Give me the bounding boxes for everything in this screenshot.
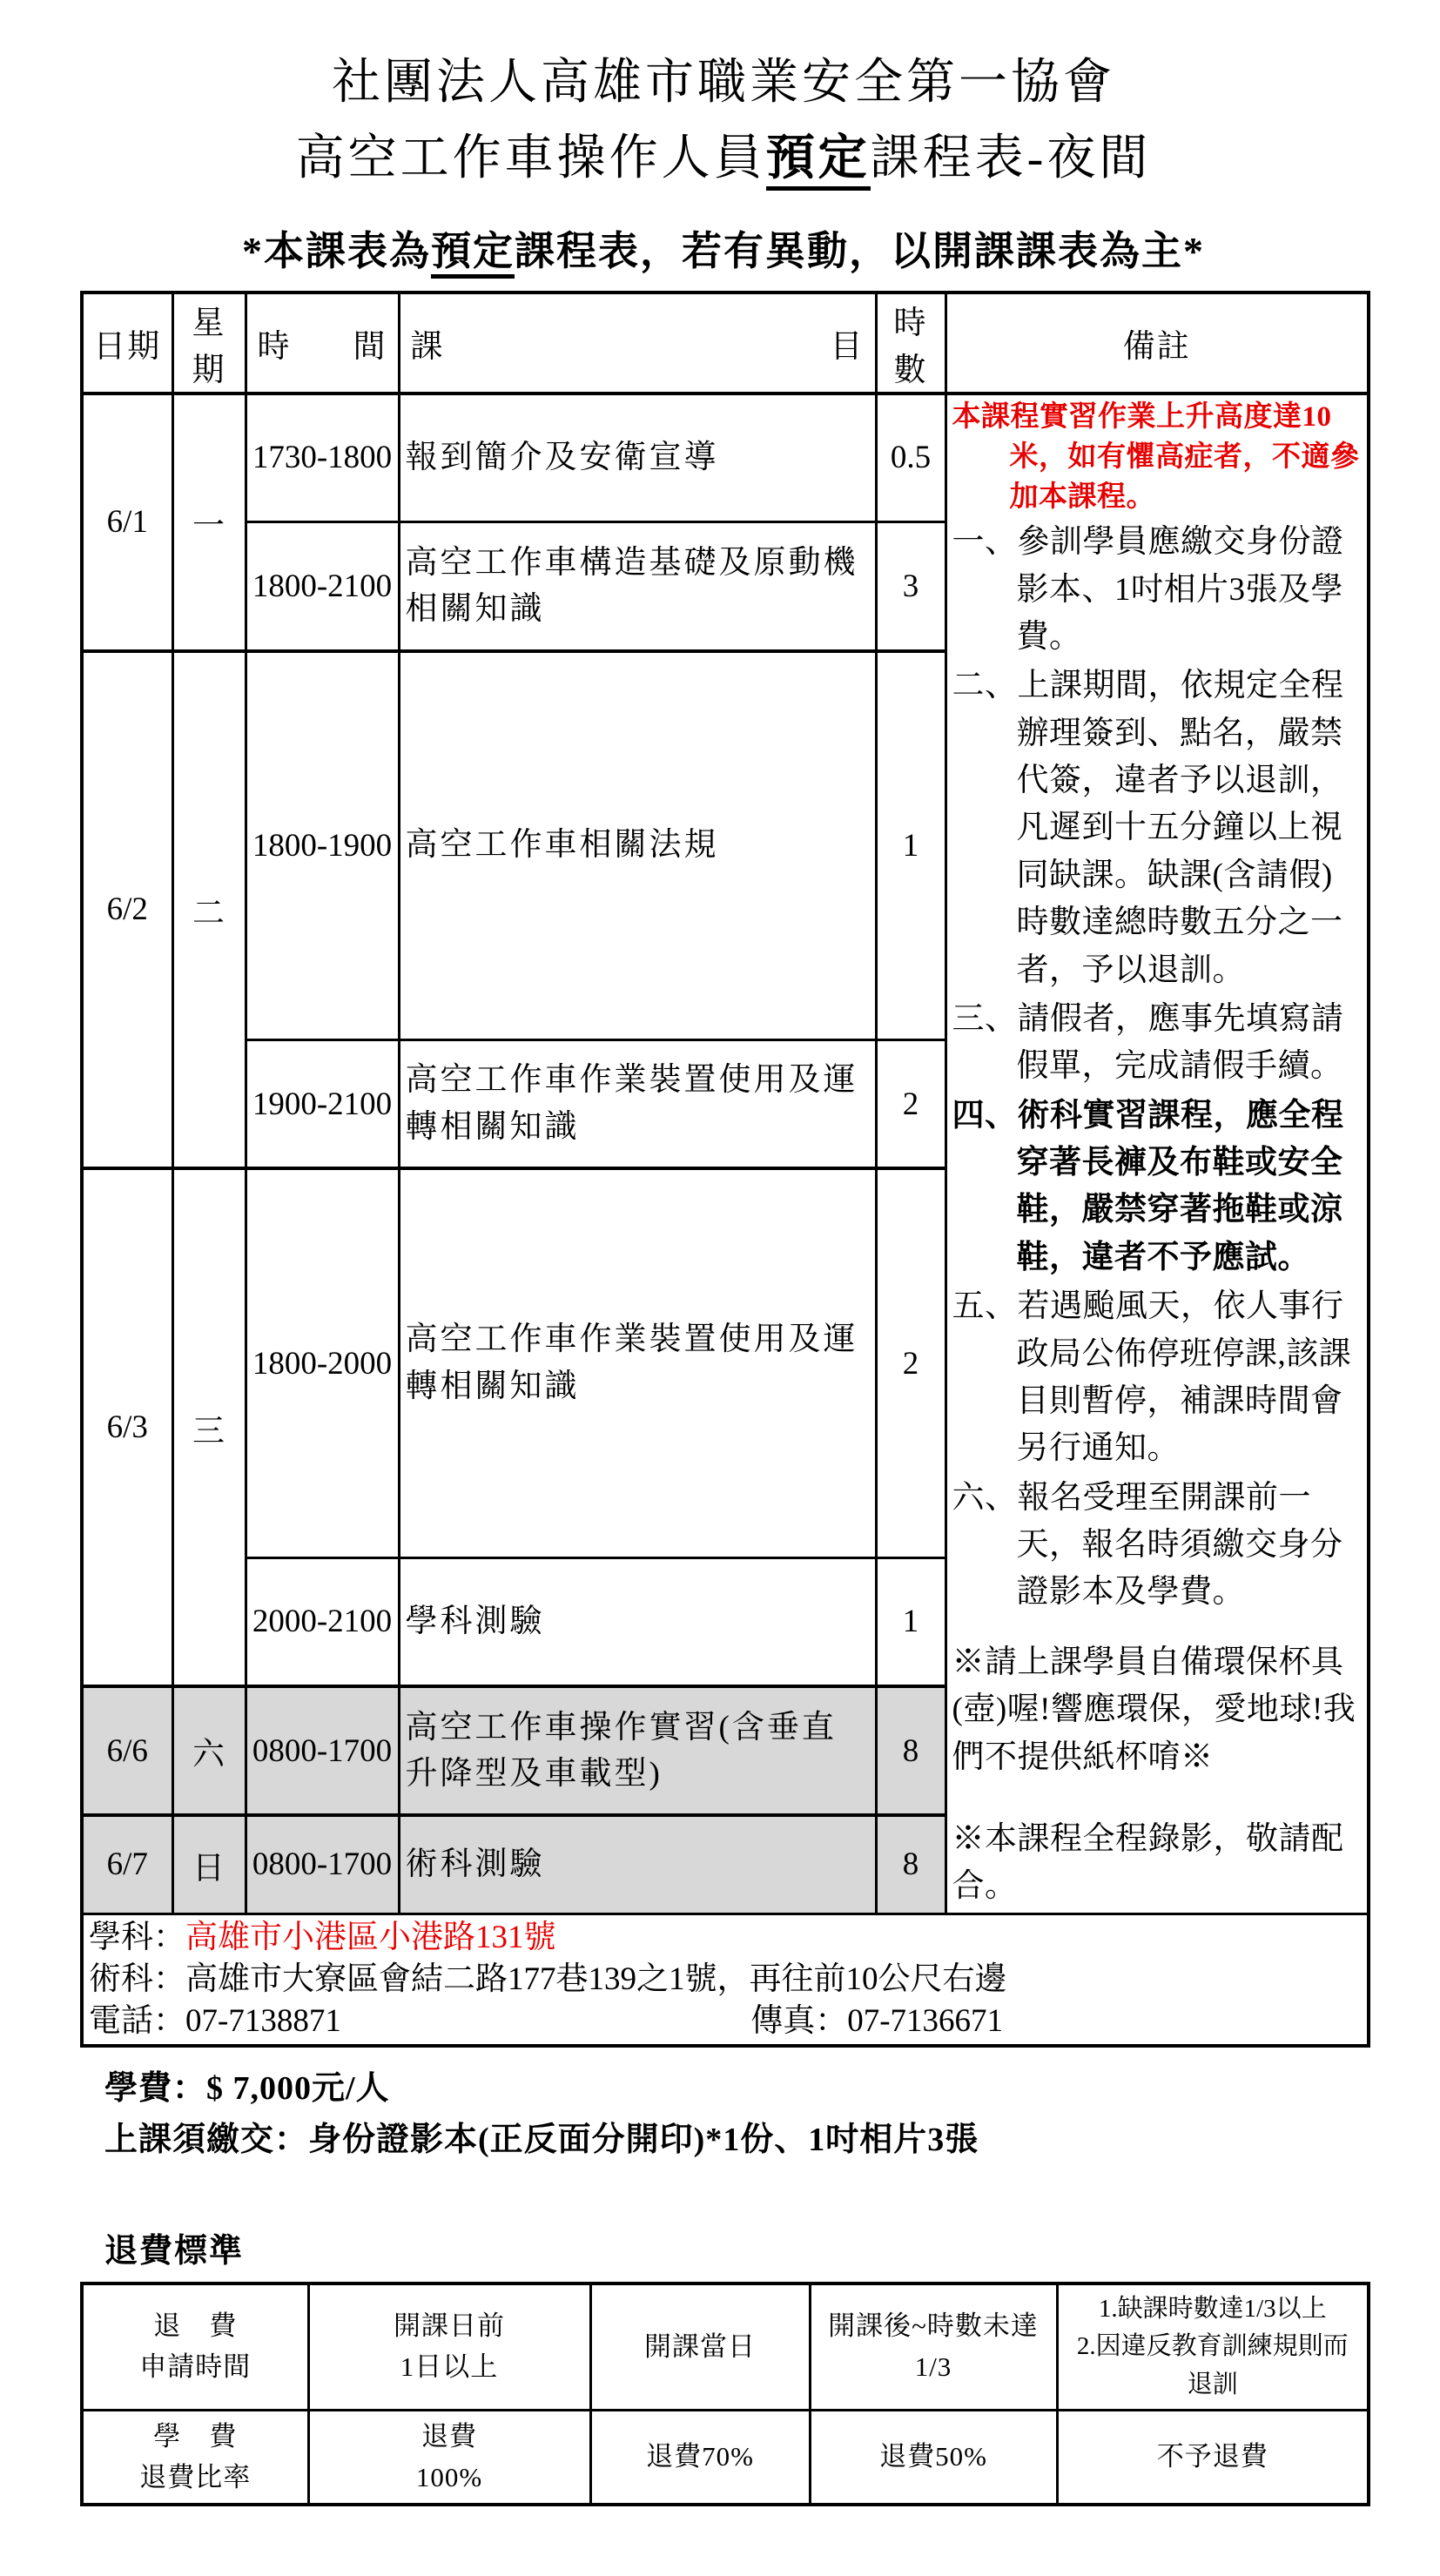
practical-address: 高雄市大寮區會結二路177巷139之1號，再往前10公尺右邊: [185, 1961, 1007, 1997]
weekday-cell: 日: [172, 1815, 246, 1914]
weekday-cell: 一: [172, 393, 246, 651]
fee-block: 學費：$ 7,000元/人 上課須繳交：身份證影本(正反面分開印)*1份、1吋相…: [104, 2063, 1367, 2166]
hours-cell: 3: [876, 522, 945, 651]
subject-cell: 報到簡介及安衛宣導: [399, 393, 876, 522]
weekday-cell: 二: [172, 651, 246, 1169]
recording-note: ※本課程全程錄影，敬請配合。: [952, 1816, 1363, 1911]
date-cell: 6/3: [82, 1168, 172, 1686]
page-title-line1: 社團法人高雄市職業安全第一協會: [80, 45, 1367, 121]
schedule-table: 日期 星期 時間 課目 時數 備註 6/1 一 1730-1800 報到簡介及安…: [80, 291, 1370, 2048]
subject-cell: 高空工作車作業裝置使用及運轉相關知識: [399, 1039, 876, 1168]
time-cell: 1800-1900: [246, 651, 399, 1040]
weekday-cell: 六: [172, 1686, 246, 1815]
refund-value-cell: 學 費 退費比率: [82, 2411, 308, 2505]
refund-heading: 退費標準: [104, 2223, 1367, 2271]
note-item-1: 一、參訓學員應繳交身份證影本、1吋相片3張及學費。: [952, 519, 1363, 661]
document-page: 社團法人高雄市職業安全第一協會 高空工作車操作人員預定課程表-夜間 *本課表為預…: [0, 0, 1440, 2576]
refund-header-cell: 開課當日: [590, 2283, 810, 2411]
table-row: 6/1 一 1730-1800 報到簡介及安衛宣導 0.5 本課程實習作業上升高…: [82, 393, 1369, 522]
date-cell: 6/6: [82, 1686, 172, 1815]
header-subject-second: 目: [831, 319, 865, 367]
page-title-line2: 高空工作車操作人員預定課程表-夜間: [80, 121, 1367, 197]
table-footer-row: 學科：高雄市小港區小港路131號 術科：高雄市大寮區會結二路177巷139之1號…: [82, 1914, 1369, 2046]
notice-prefix: *本課表為: [242, 229, 431, 273]
time-cell: 1800-2000: [246, 1168, 399, 1557]
date-cell: 6/7: [82, 1815, 172, 1914]
refund-value-row: 學 費 退費比率 退費 100% 退費70% 退費50% 不予退費: [82, 2411, 1369, 2505]
refund-header-cell: 1.缺課時數達1/3以上 2.因違反教育訓練規則而退訓: [1057, 2283, 1369, 2411]
header-weekday: 星期: [172, 293, 246, 393]
note-item-3: 三、請假者，應事先填寫請假單，完成請假手續。: [952, 996, 1363, 1091]
refund-value-cell: 退費50%: [810, 2411, 1057, 2505]
subject-cell: 高空工作車構造基礎及原動機相關知識: [399, 522, 876, 651]
title-line2-emphasis: 預定: [766, 131, 871, 191]
subject-cell: 高空工作車作業裝置使用及運轉相關知識: [399, 1168, 876, 1557]
title-line2-prefix: 高空工作車操作人員: [296, 131, 766, 185]
refund-table: 退 費 申請時間 開課日前 1日以上 開課當日 開課後~時數未達1/3 1.缺課…: [80, 2282, 1370, 2507]
hours-cell: 1: [876, 1557, 945, 1686]
time-cell: 1900-2100: [246, 1039, 399, 1168]
refund-value-cell: 退費 100%: [308, 2411, 590, 2505]
note-item-2: 二、上課期間，依規定全程辦理簽到、點名，嚴禁代簽，違者予以退訓，凡遲到十五分鐘以…: [952, 662, 1363, 994]
tuition-line: 學費：$ 7,000元/人: [104, 2063, 1367, 2115]
practical-address-line: 術科：高雄市大寮區會結二路177巷139之1號，再往前10公尺右邊: [89, 1959, 1362, 2001]
hours-cell: 8: [876, 1686, 945, 1815]
note-item-6: 六、報名受理至開課前一天，報名時須繳交身分證影本及學費。: [952, 1475, 1363, 1617]
date-cell: 6/1: [82, 393, 172, 651]
header-time-first: 時: [258, 319, 292, 367]
subject-cell: 學科測驗: [399, 1557, 876, 1686]
refund-value-cell: 不予退費: [1057, 2411, 1369, 2505]
header-subject-first: 課: [411, 319, 445, 367]
subject-cell: 高空工作車相關法規: [399, 651, 876, 1040]
refund-header-cell: 開課後~時數未達1/3: [810, 2283, 1057, 2411]
notes-cell: 本課程實習作業上升高度達10米，如有懼高症者，不適參加本課程。 一、參訓學員應繳…: [945, 393, 1369, 1914]
notice-line: *本課表為預定課程表，若有異動，以開課課表為主*: [80, 219, 1367, 277]
subject-cell: 術科測驗: [399, 1815, 876, 1914]
academic-label: 學科：: [89, 1920, 185, 1955]
time-cell: 2000-2100: [246, 1557, 399, 1686]
time-cell: 0800-1700: [246, 1686, 399, 1815]
subject-cell: 高空工作車操作實習(含垂直升降型及車載型): [399, 1686, 876, 1815]
academic-address: 高雄市小港區小港路131號: [185, 1920, 556, 1955]
notice-suffix: 課程表，若有異動，以開課課表為主*: [515, 229, 1205, 273]
header-date: 日期: [82, 293, 172, 393]
note-item-4: 四、術科實習課程，應全程穿著長褲及布鞋或安全鞋，嚴禁穿著拖鞋或涼鞋，違者不予應試…: [952, 1093, 1363, 1282]
practical-label: 術科：: [89, 1961, 185, 1997]
hours-cell: 2: [876, 1039, 945, 1168]
note-item-5: 五、若遇颱風天，依人事行政局公佈停班停課,該課目則暫停，補課時間會另行通知。: [952, 1283, 1363, 1473]
title-block: 社團法人高雄市職業安全第一協會 高空工作車操作人員預定課程表-夜間: [80, 45, 1367, 197]
eco-note: ※請上課學員自備環保杯具(壺)喔!響應環保，愛地球!我們不提供紙杯唷※: [952, 1639, 1363, 1781]
fax-number: 傳真：07-7136671: [750, 2003, 1003, 2039]
time-cell: 1730-1800: [246, 393, 399, 522]
refund-header-row: 退 費 申請時間 開課日前 1日以上 開課當日 開課後~時數未達1/3 1.缺課…: [82, 2283, 1369, 2411]
hours-cell: 8: [876, 1815, 945, 1914]
date-cell: 6/2: [82, 651, 172, 1169]
hours-cell: 1: [876, 651, 945, 1040]
time-cell: 0800-1700: [246, 1815, 399, 1914]
weekday-cell: 三: [172, 1168, 246, 1686]
hours-cell: 0.5: [876, 393, 945, 522]
header-time-second: 間: [353, 319, 387, 367]
header-hours: 時數: [876, 293, 945, 393]
location-footer: 學科：高雄市小港區小港路131號 術科：高雄市大寮區會結二路177巷139之1號…: [82, 1914, 1369, 2046]
refund-value-cell: 退費70%: [590, 2411, 810, 2505]
header-time: 時間: [246, 293, 399, 393]
time-cell: 1800-2100: [246, 522, 399, 651]
title-line2-suffix: 課程表-夜間: [871, 131, 1152, 185]
header-notes: 備註: [945, 293, 1369, 393]
notice-emphasis: 預定: [431, 229, 515, 279]
refund-header-cell: 開課日前 1日以上: [308, 2283, 590, 2411]
academic-address-line: 學科：高雄市小港區小港路131號: [89, 1917, 1362, 1959]
header-subject: 課目: [399, 293, 876, 393]
refund-header-cell: 退 費 申請時間: [82, 2283, 308, 2411]
requirements-line: 上課須繳交：身份證影本(正反面分開印)*1份、1吋相片3張: [104, 2115, 1367, 2166]
notes-warning: 本課程實習作業上升高度達10米，如有懼高症者，不適參加本課程。: [952, 397, 1363, 518]
schedule-header-row: 日期 星期 時間 課目 時數 備註: [82, 293, 1369, 393]
hours-cell: 2: [876, 1168, 945, 1557]
